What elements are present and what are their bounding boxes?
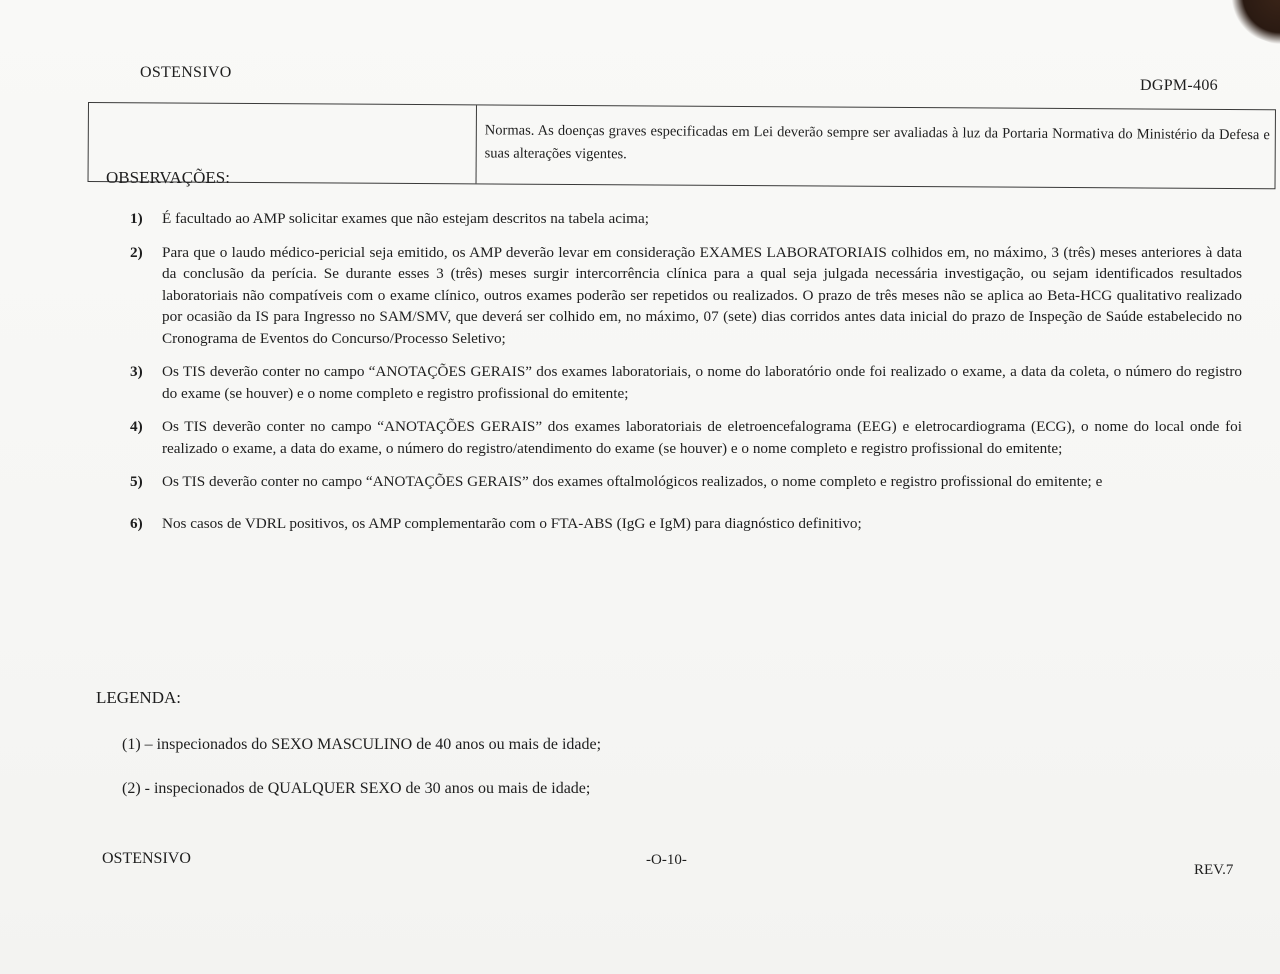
item-text: Os TIS deverão conter no campo “ANOTAÇÕE…	[162, 418, 1242, 457]
legenda-item: (1) – inspecionados do SEXO MASCULINO de…	[122, 734, 1022, 756]
item-text: Os TIS deverão conter no campo “ANOTAÇÕE…	[162, 473, 1102, 490]
table-column-divider	[476, 105, 477, 183]
document-page: OSTENSIVO DGPM-406 Normas. As doenças gr…	[0, 0, 1280, 974]
list-item: 1) É facultado ao AMP solicitar exames q…	[130, 208, 1242, 230]
item-number: 6)	[130, 513, 143, 535]
header-document-code: DGPM-406	[1140, 77, 1218, 95]
list-item: 2) Para que o laudo médico-pericial seja…	[130, 242, 1242, 350]
observacoes-list: 1) É facultado ao AMP solicitar exames q…	[130, 208, 1242, 546]
item-number: 4)	[130, 416, 143, 438]
list-item: 3) Os TIS deverão conter no campo “ANOTA…	[130, 361, 1242, 404]
item-number: 3)	[130, 361, 143, 383]
item-number: 2)	[130, 242, 143, 264]
footer-classification: OSTENSIVO	[102, 850, 191, 868]
observacoes-heading: OBSERVAÇÕES:	[106, 168, 230, 188]
legenda-item: (2) - inspecionados de QUALQUER SEXO de …	[122, 778, 1022, 800]
item-text: É facultado ao AMP solicitar exames que …	[162, 210, 649, 227]
list-item: 6) Nos casos de VDRL positivos, os AMP c…	[130, 513, 1242, 535]
header-classification: OSTENSIVO	[140, 64, 232, 82]
item-number: 5)	[130, 471, 143, 493]
list-item: 5) Os TIS deverão conter no campo “ANOTA…	[130, 471, 1242, 493]
item-text: Os TIS deverão conter no campo “ANOTAÇÕE…	[162, 363, 1242, 402]
photo-edge-shadow	[1219, 0, 1280, 51]
table-cell-text: Normas. As doenças graves especificadas …	[485, 119, 1270, 170]
list-item: 4) Os TIS deverão conter no campo “ANOTA…	[130, 416, 1242, 459]
item-text: Para que o laudo médico-pericial seja em…	[162, 244, 1242, 347]
item-number: 1)	[130, 208, 143, 230]
item-text: Nos casos de VDRL positivos, os AMP comp…	[162, 515, 862, 532]
legenda-heading: LEGENDA:	[96, 688, 181, 708]
footer-revision: REV.7	[1194, 862, 1233, 879]
table-fragment: Normas. As doenças graves especificadas …	[88, 102, 1276, 189]
footer-page-number: -O-10-	[646, 852, 687, 869]
legenda-list: (1) – inspecionados do SEXO MASCULINO de…	[122, 734, 1022, 822]
